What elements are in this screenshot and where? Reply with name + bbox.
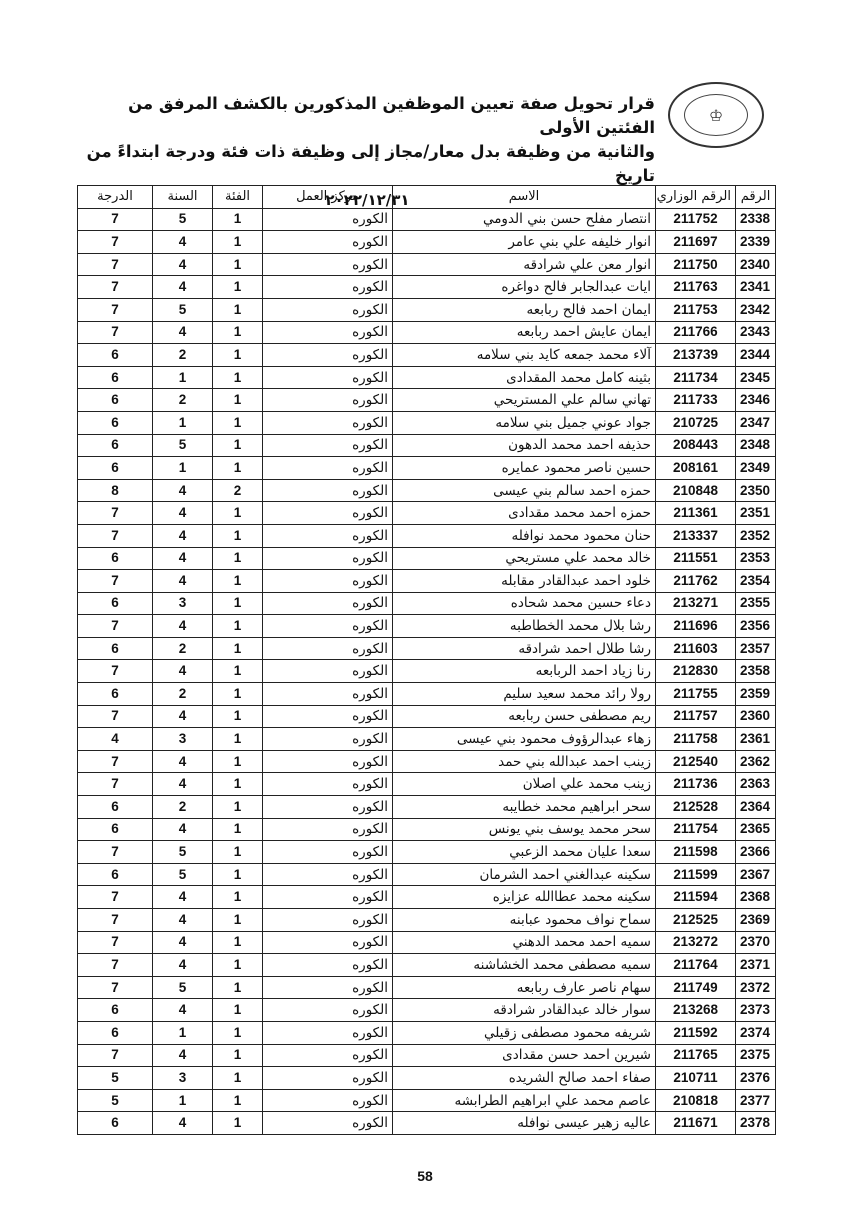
- work-center-cell: الكوره: [263, 366, 393, 389]
- table-row: 2342211753ايمان احمد فالح ربابعهالكوره15…: [78, 298, 776, 321]
- table-row: 2340211750انوار معن علي شرادقهالكوره147: [78, 253, 776, 276]
- employee-name-cell: حسين ناصر محمود عمايره: [393, 457, 656, 480]
- year-cell: 4: [153, 818, 213, 841]
- work-center-cell: الكوره: [263, 1021, 393, 1044]
- grade-cell: 7: [78, 570, 153, 593]
- year-cell: 4: [153, 705, 213, 728]
- row-number-cell: 2371: [736, 954, 776, 977]
- employee-name-cell: حمزه احمد سالم بني عيسى: [393, 479, 656, 502]
- row-number-cell: 2338: [736, 208, 776, 231]
- ministry-number-cell: 211764: [656, 954, 736, 977]
- row-number-cell: 2354: [736, 570, 776, 593]
- grade-cell: 7: [78, 502, 153, 525]
- table-row: 2356211696رشا بلال محمد الخطاطبهالكوره14…: [78, 615, 776, 638]
- grade-cell: 8: [78, 479, 153, 502]
- row-number-cell: 2377: [736, 1089, 776, 1112]
- employee-name-cell: خلود احمد عبدالقادر مقابله: [393, 570, 656, 593]
- grade-cell: 6: [78, 796, 153, 819]
- work-center-cell: الكوره: [263, 253, 393, 276]
- column-header-grade: الدرجة: [78, 186, 153, 209]
- row-number-cell: 2367: [736, 863, 776, 886]
- grade-cell: 7: [78, 615, 153, 638]
- year-cell: 4: [153, 524, 213, 547]
- ministry-number-cell: 211736: [656, 773, 736, 796]
- table-row: 2368211594سكينه محمد عطاالله عزايزهالكور…: [78, 886, 776, 909]
- category-cell: 1: [213, 615, 263, 638]
- year-cell: 4: [153, 615, 213, 638]
- work-center-cell: الكوره: [263, 298, 393, 321]
- title-line-1: قرار تحويل صفة تعيين الموظفين المذكورين …: [128, 94, 655, 137]
- category-cell: 1: [213, 818, 263, 841]
- work-center-cell: الكوره: [263, 524, 393, 547]
- row-number-cell: 2358: [736, 660, 776, 683]
- table-row: 2347210725جواد عوني جميل بني سلامهالكوره…: [78, 411, 776, 434]
- employee-name-cell: جواد عوني جميل بني سلامه: [393, 411, 656, 434]
- row-number-cell: 2375: [736, 1044, 776, 1067]
- work-center-cell: الكوره: [263, 502, 393, 525]
- employee-name-cell: سميه احمد محمد الدهني: [393, 931, 656, 954]
- year-cell: 1: [153, 411, 213, 434]
- work-center-cell: الكوره: [263, 479, 393, 502]
- table-row: 2354211762خلود احمد عبدالقادر مقابلهالكو…: [78, 570, 776, 593]
- table-row: 2376210711صفاء احمد صالح الشريدهالكوره13…: [78, 1067, 776, 1090]
- row-number-cell: 2359: [736, 683, 776, 706]
- category-cell: 1: [213, 321, 263, 344]
- work-center-cell: الكوره: [263, 637, 393, 660]
- category-cell: 1: [213, 434, 263, 457]
- grade-cell: 7: [78, 1044, 153, 1067]
- grade-cell: 7: [78, 231, 153, 254]
- grade-cell: 6: [78, 999, 153, 1022]
- table-row: 2377210818عاصم محمد علي ابراهيم الطرابشه…: [78, 1089, 776, 1112]
- table-row: 2371211764سميه مصطفى محمد الخشاشنهالكوره…: [78, 954, 776, 977]
- employee-name-cell: صفاء احمد صالح الشريده: [393, 1067, 656, 1090]
- year-cell: 4: [153, 931, 213, 954]
- row-number-cell: 2351: [736, 502, 776, 525]
- grade-cell: 7: [78, 276, 153, 299]
- grade-cell: 7: [78, 931, 153, 954]
- work-center-cell: الكوره: [263, 411, 393, 434]
- work-center-cell: الكوره: [263, 434, 393, 457]
- year-cell: 4: [153, 954, 213, 977]
- table-row: 2353211551خالد محمد علي مستريحيالكوره146: [78, 547, 776, 570]
- grade-cell: 6: [78, 344, 153, 367]
- grade-cell: 7: [78, 705, 153, 728]
- category-cell: 1: [213, 886, 263, 909]
- category-cell: 1: [213, 750, 263, 773]
- grade-cell: 6: [78, 683, 153, 706]
- grade-cell: 7: [78, 841, 153, 864]
- row-number-cell: 2364: [736, 796, 776, 819]
- row-number-cell: 2374: [736, 1021, 776, 1044]
- year-cell: 3: [153, 728, 213, 751]
- grade-cell: 6: [78, 547, 153, 570]
- ministry-number-cell: 208443: [656, 434, 736, 457]
- crown-emblem-icon: ♔: [684, 94, 748, 136]
- ministry-number-cell: 210818: [656, 1089, 736, 1112]
- work-center-cell: الكوره: [263, 570, 393, 593]
- row-number-cell: 2373: [736, 999, 776, 1022]
- table-row: 2370213272سميه احمد محمد الدهنيالكوره147: [78, 931, 776, 954]
- ministry-number-cell: 213271: [656, 592, 736, 615]
- employee-name-cell: خالد محمد علي مستريحي: [393, 547, 656, 570]
- table-row: 2348208443حذيفه احمد محمد الدهونالكوره15…: [78, 434, 776, 457]
- employee-name-cell: زينب محمد علي اصلان: [393, 773, 656, 796]
- grade-cell: 7: [78, 321, 153, 344]
- work-center-cell: الكوره: [263, 344, 393, 367]
- table-row: 2343211766ايمان عايش احمد ربابعهالكوره14…: [78, 321, 776, 344]
- employee-name-cell: ريم مصطفى حسن ربابعه: [393, 705, 656, 728]
- work-center-cell: الكوره: [263, 208, 393, 231]
- row-number-cell: 2348: [736, 434, 776, 457]
- ministry-emblem-logo: ♔: [668, 82, 764, 148]
- work-center-cell: الكوره: [263, 592, 393, 615]
- ministry-number-cell: 213272: [656, 931, 736, 954]
- ministry-number-cell: 211592: [656, 1021, 736, 1044]
- grade-cell: 5: [78, 1089, 153, 1112]
- column-header-number: الرقم: [736, 186, 776, 209]
- table-row: 2367211599سكينه عبدالغني احمد الشرمانالك…: [78, 863, 776, 886]
- row-number-cell: 2349: [736, 457, 776, 480]
- year-cell: 4: [153, 479, 213, 502]
- employee-name-cell: سكينه عبدالغني احمد الشرمان: [393, 863, 656, 886]
- employee-name-cell: زينب احمد عبدالله بني حمد: [393, 750, 656, 773]
- employee-name-cell: ايات عبدالجابر فالح دواغره: [393, 276, 656, 299]
- table-row: 2364212528سحر ابراهيم محمد خطايبهالكوره1…: [78, 796, 776, 819]
- row-number-cell: 2353: [736, 547, 776, 570]
- row-number-cell: 2363: [736, 773, 776, 796]
- row-number-cell: 2342: [736, 298, 776, 321]
- ministry-number-cell: 211361: [656, 502, 736, 525]
- category-cell: 1: [213, 1089, 263, 1112]
- category-cell: 1: [213, 1067, 263, 1090]
- category-cell: 1: [213, 502, 263, 525]
- employee-name-cell: عاليه زهير عيسى نوافله: [393, 1112, 656, 1135]
- grade-cell: 7: [78, 524, 153, 547]
- year-cell: 4: [153, 547, 213, 570]
- table-row: 2372211749سهام ناصر عارف ربابعهالكوره157: [78, 976, 776, 999]
- employee-name-cell: سعدا عليان محمد الزعبي: [393, 841, 656, 864]
- table-row: 2339211697انوار خليفه علي بني عامرالكوره…: [78, 231, 776, 254]
- ministry-number-cell: 211753: [656, 298, 736, 321]
- table-row: 2344213739آلاء محمد جمعه كايد بني سلامها…: [78, 344, 776, 367]
- table-row: 2360211757ريم مصطفى حسن ربابعهالكوره147: [78, 705, 776, 728]
- year-cell: 4: [153, 502, 213, 525]
- year-cell: 1: [153, 1089, 213, 1112]
- work-center-cell: الكوره: [263, 276, 393, 299]
- table-row: 2351211361حمزه احمد محمد مقدادىالكوره147: [78, 502, 776, 525]
- table-row: 2363211736زينب محمد علي اصلانالكوره147: [78, 773, 776, 796]
- year-cell: 3: [153, 592, 213, 615]
- table-row: 2345211734بثينه كامل محمد المقدادىالكوره…: [78, 366, 776, 389]
- grade-cell: 6: [78, 457, 153, 480]
- category-cell: 1: [213, 976, 263, 999]
- table-row: 2357211603رشا طلال احمد شرادقهالكوره126: [78, 637, 776, 660]
- column-header-ministry-number: الرقم الوزاري: [656, 186, 736, 209]
- row-number-cell: 2345: [736, 366, 776, 389]
- column-header-work-center: مركز العمل: [263, 186, 393, 209]
- category-cell: 1: [213, 547, 263, 570]
- table-row: 2341211763ايات عبدالجابر فالح دواغرهالكو…: [78, 276, 776, 299]
- category-cell: 1: [213, 457, 263, 480]
- work-center-cell: الكوره: [263, 231, 393, 254]
- table-row: 2338211752انتصار مفلح حسن بني الدوميالكو…: [78, 208, 776, 231]
- grade-cell: 7: [78, 909, 153, 932]
- grade-cell: 6: [78, 1021, 153, 1044]
- grade-cell: 6: [78, 1112, 153, 1135]
- work-center-cell: الكوره: [263, 976, 393, 999]
- table-row: 2378211671عاليه زهير عيسى نوافلهالكوره14…: [78, 1112, 776, 1135]
- work-center-cell: الكوره: [263, 999, 393, 1022]
- table-row: 2366211598سعدا عليان محمد الزعبيالكوره15…: [78, 841, 776, 864]
- row-number-cell: 2357: [736, 637, 776, 660]
- category-cell: 1: [213, 366, 263, 389]
- category-cell: 1: [213, 841, 263, 864]
- table-row: 2373213268سوار خالد عبدالقادر شرادقهالكو…: [78, 999, 776, 1022]
- category-cell: 1: [213, 570, 263, 593]
- work-center-cell: الكوره: [263, 954, 393, 977]
- employee-name-cell: سحر محمد يوسف بني يونس: [393, 818, 656, 841]
- ministry-number-cell: 212830: [656, 660, 736, 683]
- ministry-number-cell: 211551: [656, 547, 736, 570]
- row-number-cell: 2361: [736, 728, 776, 751]
- grade-cell: 7: [78, 660, 153, 683]
- category-cell: 1: [213, 524, 263, 547]
- ministry-number-cell: 211696: [656, 615, 736, 638]
- year-cell: 4: [153, 253, 213, 276]
- ministry-number-cell: 211752: [656, 208, 736, 231]
- ministry-number-cell: 210848: [656, 479, 736, 502]
- category-cell: 1: [213, 344, 263, 367]
- year-cell: 4: [153, 886, 213, 909]
- row-number-cell: 2370: [736, 931, 776, 954]
- ministry-number-cell: 210725: [656, 411, 736, 434]
- grade-cell: 6: [78, 411, 153, 434]
- year-cell: 4: [153, 909, 213, 932]
- year-cell: 2: [153, 683, 213, 706]
- category-cell: 1: [213, 683, 263, 706]
- table-row: 2362212540زينب احمد عبدالله بني حمدالكور…: [78, 750, 776, 773]
- year-cell: 5: [153, 208, 213, 231]
- grade-cell: 7: [78, 773, 153, 796]
- work-center-cell: الكوره: [263, 1067, 393, 1090]
- row-number-cell: 2355: [736, 592, 776, 615]
- work-center-cell: الكوره: [263, 909, 393, 932]
- table-header-row: الرقم الرقم الوزاري الاسم مركز العمل الف…: [78, 186, 776, 209]
- row-number-cell: 2378: [736, 1112, 776, 1135]
- year-cell: 4: [153, 999, 213, 1022]
- category-cell: 1: [213, 592, 263, 615]
- ministry-number-cell: 211594: [656, 886, 736, 909]
- year-cell: 4: [153, 773, 213, 796]
- category-cell: 1: [213, 1044, 263, 1067]
- employee-name-cell: حمزه احمد محمد مقدادى: [393, 502, 656, 525]
- work-center-cell: الكوره: [263, 615, 393, 638]
- work-center-cell: الكوره: [263, 841, 393, 864]
- grade-cell: 7: [78, 886, 153, 909]
- grade-cell: 6: [78, 637, 153, 660]
- employee-name-cell: دعاء حسين محمد شحاده: [393, 592, 656, 615]
- year-cell: 1: [153, 457, 213, 480]
- ministry-number-cell: 211598: [656, 841, 736, 864]
- ministry-number-cell: 208161: [656, 457, 736, 480]
- year-cell: 4: [153, 1112, 213, 1135]
- row-number-cell: 2356: [736, 615, 776, 638]
- work-center-cell: الكوره: [263, 321, 393, 344]
- category-cell: 1: [213, 999, 263, 1022]
- table-body: 2338211752انتصار مفلح حسن بني الدوميالكو…: [78, 208, 776, 1134]
- employee-name-cell: رشا طلال احمد شرادقه: [393, 637, 656, 660]
- work-center-cell: الكوره: [263, 750, 393, 773]
- ministry-number-cell: 211762: [656, 570, 736, 593]
- employee-name-cell: ايمان عايش احمد ربابعه: [393, 321, 656, 344]
- ministry-number-cell: 211758: [656, 728, 736, 751]
- work-center-cell: الكوره: [263, 796, 393, 819]
- employee-name-cell: سحر ابراهيم محمد خطايبه: [393, 796, 656, 819]
- category-cell: 1: [213, 411, 263, 434]
- row-number-cell: 2362: [736, 750, 776, 773]
- employee-name-cell: سماح نواف محمود عبابنه: [393, 909, 656, 932]
- employee-name-cell: سوار خالد عبدالقادر شرادقه: [393, 999, 656, 1022]
- row-number-cell: 2347: [736, 411, 776, 434]
- row-number-cell: 2360: [736, 705, 776, 728]
- table-row: 2369212525سماح نواف محمود عبابنهالكوره14…: [78, 909, 776, 932]
- ministry-number-cell: 211765: [656, 1044, 736, 1067]
- column-header-category: الفئة: [213, 186, 263, 209]
- year-cell: 5: [153, 841, 213, 864]
- work-center-cell: الكوره: [263, 863, 393, 886]
- grade-cell: 6: [78, 592, 153, 615]
- employee-name-cell: رولا رائد محمد سعيد سليم: [393, 683, 656, 706]
- row-number-cell: 2372: [736, 976, 776, 999]
- year-cell: 5: [153, 434, 213, 457]
- category-cell: 1: [213, 773, 263, 796]
- grade-cell: 4: [78, 728, 153, 751]
- category-cell: 1: [213, 208, 263, 231]
- employee-name-cell: شريفه محمود مصطفى زقيلي: [393, 1021, 656, 1044]
- employee-name-cell: انتصار مفلح حسن بني الدومي: [393, 208, 656, 231]
- work-center-cell: الكوره: [263, 773, 393, 796]
- row-number-cell: 2368: [736, 886, 776, 909]
- category-cell: 1: [213, 1112, 263, 1135]
- table-row: 2355213271دعاء حسين محمد شحادهالكوره136: [78, 592, 776, 615]
- category-cell: 1: [213, 231, 263, 254]
- work-center-cell: الكوره: [263, 728, 393, 751]
- category-cell: 1: [213, 728, 263, 751]
- table-row: 2350210848حمزه احمد سالم بني عيسىالكوره2…: [78, 479, 776, 502]
- column-header-year: السنة: [153, 186, 213, 209]
- ministry-number-cell: 211755: [656, 683, 736, 706]
- category-cell: 1: [213, 389, 263, 412]
- ministry-number-cell: 212540: [656, 750, 736, 773]
- employee-name-cell: بثينه كامل محمد المقدادى: [393, 366, 656, 389]
- grade-cell: 6: [78, 434, 153, 457]
- employee-name-cell: انوار خليفه علي بني عامر: [393, 231, 656, 254]
- ministry-number-cell: 211766: [656, 321, 736, 344]
- grade-cell: 7: [78, 298, 153, 321]
- row-number-cell: 2365: [736, 818, 776, 841]
- category-cell: 1: [213, 954, 263, 977]
- employee-name-cell: سكينه محمد عطاالله عزايزه: [393, 886, 656, 909]
- year-cell: 2: [153, 796, 213, 819]
- row-number-cell: 2344: [736, 344, 776, 367]
- year-cell: 5: [153, 298, 213, 321]
- row-number-cell: 2366: [736, 841, 776, 864]
- employee-name-cell: انوار معن علي شرادقه: [393, 253, 656, 276]
- employee-name-cell: سهام ناصر عارف ربابعه: [393, 976, 656, 999]
- employee-name-cell: عاصم محمد علي ابراهيم الطرابشه: [393, 1089, 656, 1112]
- year-cell: 3: [153, 1067, 213, 1090]
- work-center-cell: الكوره: [263, 683, 393, 706]
- year-cell: 4: [153, 750, 213, 773]
- year-cell: 1: [153, 1021, 213, 1044]
- category-cell: 1: [213, 796, 263, 819]
- ministry-number-cell: 211754: [656, 818, 736, 841]
- year-cell: 4: [153, 276, 213, 299]
- table-row: 2358212830رنا زياد احمد الربابعهالكوره14…: [78, 660, 776, 683]
- ministry-number-cell: 211749: [656, 976, 736, 999]
- table-row: 2349208161حسين ناصر محمود عمايرهالكوره11…: [78, 457, 776, 480]
- year-cell: 2: [153, 637, 213, 660]
- employee-name-cell: ايمان احمد فالح ربابعه: [393, 298, 656, 321]
- category-cell: 1: [213, 863, 263, 886]
- work-center-cell: الكوره: [263, 1089, 393, 1112]
- grade-cell: 7: [78, 253, 153, 276]
- ministry-number-cell: 211750: [656, 253, 736, 276]
- ministry-number-cell: 211757: [656, 705, 736, 728]
- employee-name-cell: شيرين احمد حسن مقدادى: [393, 1044, 656, 1067]
- column-header-name: الاسم: [393, 186, 656, 209]
- ministry-number-cell: 210711: [656, 1067, 736, 1090]
- work-center-cell: الكوره: [263, 705, 393, 728]
- row-number-cell: 2340: [736, 253, 776, 276]
- ministry-number-cell: 213268: [656, 999, 736, 1022]
- category-cell: 1: [213, 660, 263, 683]
- grade-cell: 7: [78, 976, 153, 999]
- employee-name-cell: حنان محمود محمد نوافله: [393, 524, 656, 547]
- employee-name-cell: زهاء عبدالرؤوف محمود بني عيسى: [393, 728, 656, 751]
- category-cell: 1: [213, 1021, 263, 1044]
- employee-name-cell: رشا بلال محمد الخطاطبه: [393, 615, 656, 638]
- ministry-number-cell: 212525: [656, 909, 736, 932]
- work-center-cell: الكوره: [263, 818, 393, 841]
- ministry-number-cell: 212528: [656, 796, 736, 819]
- table-row: 2359211755رولا رائد محمد سعيد سليمالكوره…: [78, 683, 776, 706]
- title-line-2: والثانية من وظيفة بدل معار/مجاز إلى وظيف…: [87, 142, 655, 185]
- table-row: 2375211765شيرين احمد حسن مقدادىالكوره147: [78, 1044, 776, 1067]
- grade-cell: 7: [78, 208, 153, 231]
- grade-cell: 6: [78, 366, 153, 389]
- category-cell: 1: [213, 276, 263, 299]
- row-number-cell: 2339: [736, 231, 776, 254]
- ministry-number-cell: 211734: [656, 366, 736, 389]
- work-center-cell: الكوره: [263, 389, 393, 412]
- grade-cell: 6: [78, 389, 153, 412]
- employee-name-cell: تهاني سالم علي المستريحي: [393, 389, 656, 412]
- work-center-cell: الكوره: [263, 660, 393, 683]
- grade-cell: 7: [78, 750, 153, 773]
- row-number-cell: 2341: [736, 276, 776, 299]
- table-row: 2346211733تهاني سالم علي المستريحيالكوره…: [78, 389, 776, 412]
- year-cell: 5: [153, 976, 213, 999]
- year-cell: 4: [153, 660, 213, 683]
- work-center-cell: الكوره: [263, 1044, 393, 1067]
- row-number-cell: 2346: [736, 389, 776, 412]
- category-cell: 1: [213, 909, 263, 932]
- category-cell: 1: [213, 253, 263, 276]
- work-center-cell: الكوره: [263, 931, 393, 954]
- employee-name-cell: سميه مصطفى محمد الخشاشنه: [393, 954, 656, 977]
